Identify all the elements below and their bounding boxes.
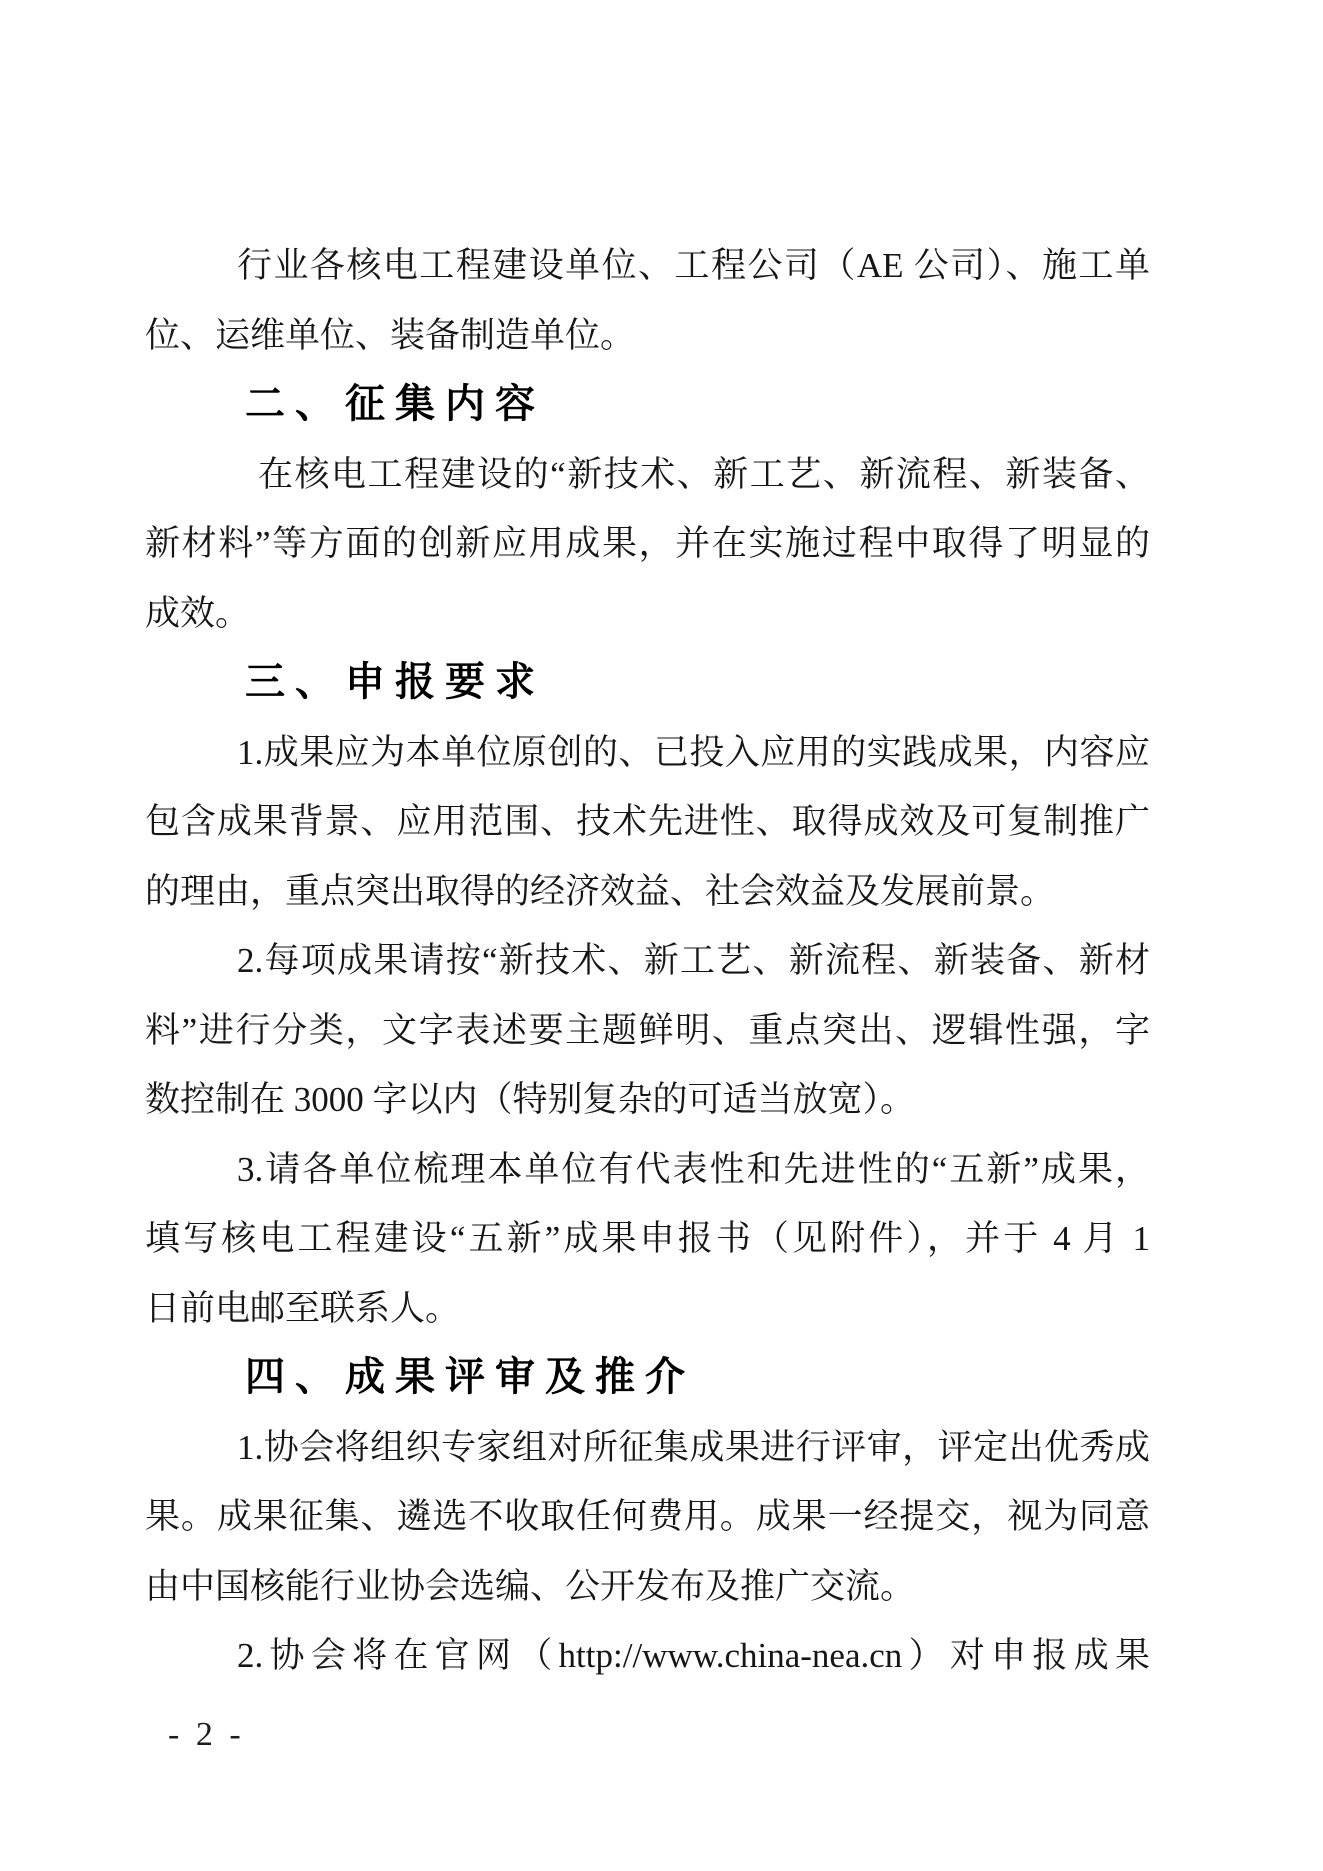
text-line: 位、运维单位、装备制造单位。 — [145, 301, 1150, 371]
text-line: 的理由，重点突出取得的经济效益、社会效益及发展前景。 — [145, 857, 1150, 927]
text-line: 2.每项成果请按“新技术、新工艺、新流程、新装备、新材 — [145, 926, 1150, 996]
text-line: 果。成果征集、遴选不收取任何费用。成果一经提交，视为同意 — [145, 1482, 1150, 1552]
text-line: 料”进行分类，文字表述要主题鲜明、重点突出、逻辑性强，字 — [145, 996, 1150, 1066]
text-line: 包含成果背景、应用范围、技术先进性、取得成效及可复制推广 — [145, 787, 1150, 857]
text-line: 成效。 — [145, 579, 1150, 649]
text-line: 在核电工程建设的“新技术、新工艺、新流程、新装备、 — [145, 440, 1150, 510]
page-number: - 2 - — [168, 1702, 245, 1768]
text-line: 1.协会将组织专家组对所征集成果进行评审，评定出优秀成 — [145, 1413, 1150, 1483]
section-heading: 四、成果评审及推介 — [145, 1343, 1150, 1413]
text-line: 日前电邮至联系人。 — [145, 1274, 1150, 1344]
text-line: 填写核电工程建设“五新”成果申报书（见附件），并于 4 月 1 — [145, 1204, 1150, 1274]
document-body: 行业各核电工程建设单位、工程公司（AE 公司）、施工单位、运维单位、装备制造单位… — [145, 231, 1150, 1691]
text-line: 行业各核电工程建设单位、工程公司（AE 公司）、施工单 — [145, 231, 1150, 301]
text-line: 2.协会将在官网（http://www.china-nea.cn）对申报成果 — [145, 1621, 1150, 1691]
text-line: 新材料”等方面的创新应用成果，并在实施过程中取得了明显的 — [145, 509, 1150, 579]
text-line: 1.成果应为本单位原创的、已投入应用的实践成果，内容应 — [145, 718, 1150, 788]
text-line: 数控制在 3000 字以内（特别复杂的可适当放宽）。 — [145, 1065, 1150, 1135]
section-heading: 三、申报要求 — [145, 648, 1150, 718]
text-line: 3.请各单位梳理本单位有代表性和先进性的“五新”成果， — [145, 1135, 1150, 1205]
section-heading: 二、征集内容 — [145, 370, 1150, 440]
document-page: { "document": { "blocks": [ { "type": "p… — [0, 0, 1323, 1871]
text-line: 由中国核能行业协会选编、公开发布及推广交流。 — [145, 1552, 1150, 1622]
